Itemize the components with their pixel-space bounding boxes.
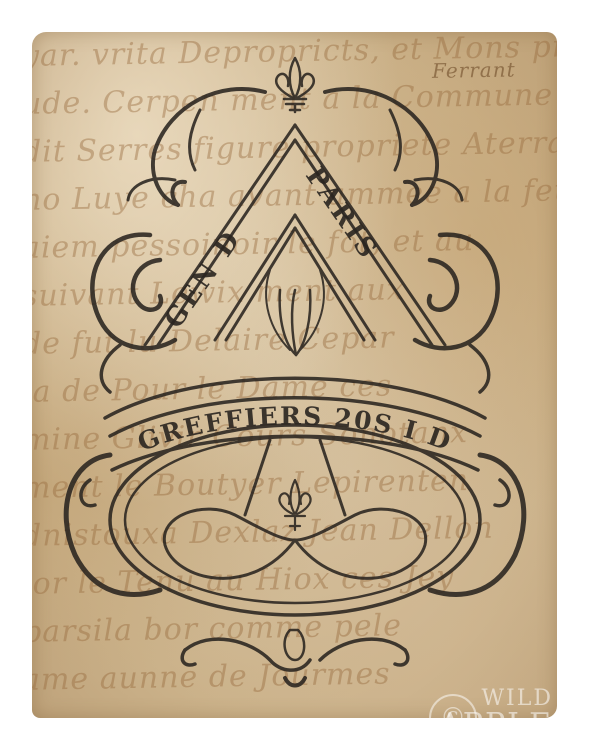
triangle-text-left: GEN D <box>159 224 248 334</box>
svg-text:GEN D: GEN D <box>159 224 248 334</box>
watermark-line2: APPLE <box>439 710 553 740</box>
svg-text:PARIS: PARIS <box>299 162 384 266</box>
stamp-emblem: GEN D PARIS GREFFIERS 20S I D <box>0 0 589 750</box>
fleur-de-lis-top-icon <box>276 58 314 112</box>
watermark: WILD APPLE <box>439 688 553 740</box>
triangle-text-right: PARIS <box>299 162 384 266</box>
fleur-de-lis-center-icon <box>279 480 310 530</box>
